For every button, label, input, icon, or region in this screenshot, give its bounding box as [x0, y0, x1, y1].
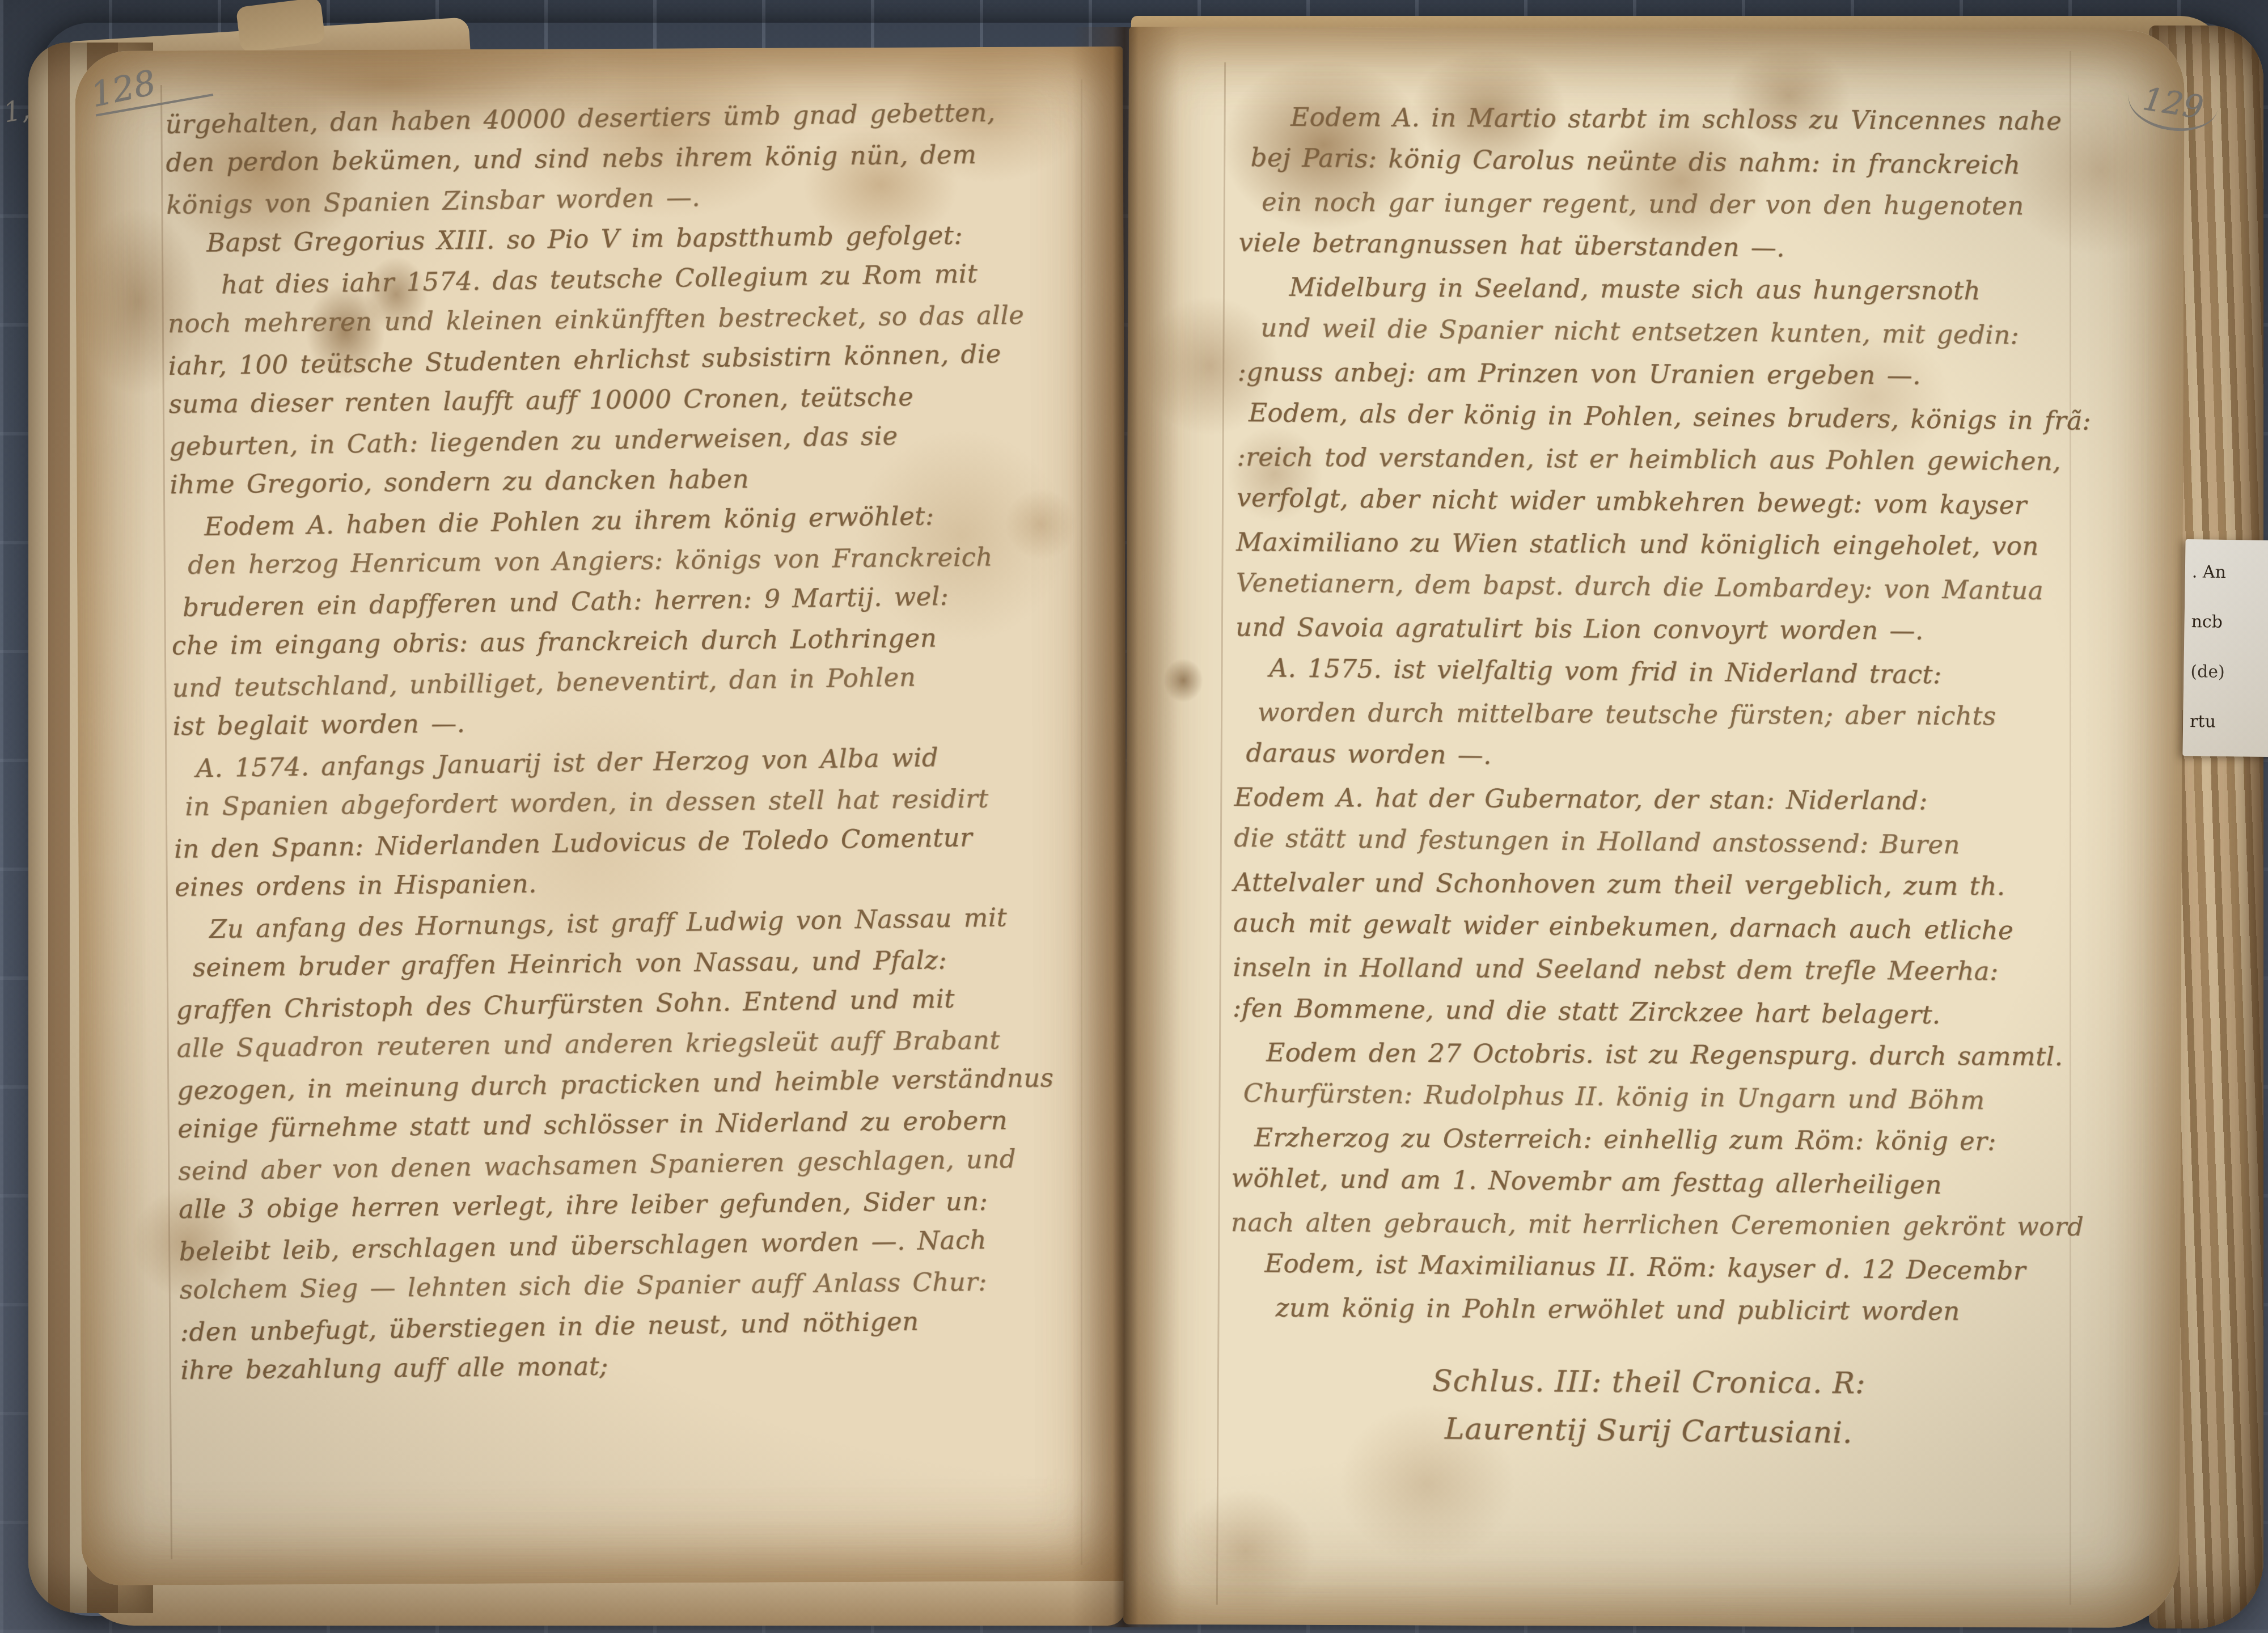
- manuscript-line: und weil die Spanier nicht entsetzen kun…: [1238, 306, 2066, 357]
- manuscript-line: ncb: [2191, 597, 2268, 648]
- colophon: Schlus. III: theil Cronica. R:Laurentij …: [1234, 1355, 2063, 1458]
- manuscript-line: Schlus. III: theil Cronica. R:: [1235, 1356, 2063, 1409]
- manuscript-line: Maximiliano zu Wien statlich und königli…: [1236, 521, 2064, 568]
- manuscript-line: verfolgt, aber nicht wider umbkehren bew…: [1237, 476, 2065, 527]
- manuscript-line: Eodem den 27 Octobris. ist zu Regenspurg…: [1232, 1031, 2060, 1078]
- manuscript-line: rtu: [2189, 697, 2268, 748]
- fore-edge-slip: . Anncb(de)rtu: [2182, 539, 2268, 757]
- manuscript-line: (de): [2190, 647, 2268, 698]
- manuscript-line: auch mit gewalt wider einbekumen, darnac…: [1233, 902, 2062, 953]
- manuscript-line: Churfürsten: Rudolphus II. könig in Unga…: [1232, 1072, 2060, 1123]
- manuscript-photo: ürgehalten, dan haben 40000 desertiers ü…: [0, 0, 2268, 1633]
- manuscript-line: Erzherzog zu Osterreich: einhellig zum R…: [1232, 1116, 2059, 1163]
- manuscript-line: worden durch mittelbare teutsche fürsten…: [1235, 691, 2063, 738]
- manuscript-line: die stätt und festungen in Holland ansto…: [1234, 816, 2062, 868]
- edge-pencil-mark: 1,: [1, 93, 32, 129]
- manuscript-line: Midelburg in Seeland, muste sich aus hun…: [1238, 265, 2066, 312]
- manuscript-line: Venetianern, dem bapst. durch die Lombar…: [1235, 561, 2064, 612]
- manuscript-line: Eodem A. in Martio starbt im schloss zu …: [1239, 95, 2067, 142]
- right-page-text: Eodem A. in Martio starbt im schloss zu …: [1230, 94, 2067, 1334]
- manuscript-line: . An: [2191, 547, 2268, 598]
- manuscript-line: :reich tod verstanden, ist er heimblich …: [1237, 435, 2064, 483]
- manuscript-line: Eodem A. hat der Gubernator, der stan: N…: [1234, 776, 2062, 823]
- left-page-text: ürgehalten, dan haben 40000 desertiers ü…: [165, 92, 1099, 1391]
- margin-rule-right-page-outer: [2070, 51, 2071, 1605]
- manuscript-line: und Savoia agratulirt bis Lion convoyrt …: [1235, 606, 2063, 653]
- manuscript-line: inseln in Holland und Seeland nebst dem …: [1233, 946, 2060, 993]
- manuscript-line: wöhlet, und am 1. Novembr am festtag all…: [1231, 1157, 2059, 1208]
- manuscript-line: :fen Bommene, und die statt Zirckzee har…: [1233, 987, 2061, 1038]
- manuscript-line: A. 1575. ist vielfaltig vom frid in Nide…: [1235, 646, 2063, 697]
- manuscript-line: Attelvaler und Schonhoven zum theil verg…: [1233, 861, 2061, 908]
- manuscript-line: ein noch gar iunger regent, und der von …: [1239, 180, 2067, 227]
- manuscript-line: Eodem, ist Maximilianus II. Röm: kayser …: [1230, 1242, 2059, 1293]
- manuscript-line: viele betrangnussen hat überstanden —.: [1238, 221, 2067, 272]
- manuscript-line: nach alten gebrauch, mit herrlichen Cere…: [1231, 1201, 2059, 1248]
- manuscript-line: :gnuss anbej: am Prinzen von Uranien erg…: [1238, 350, 2066, 397]
- manuscript-line: zum könig in Pohln erwöhlet und publicir…: [1230, 1286, 2058, 1333]
- manuscript-line: Eodem, als der könig in Pohlen, seines b…: [1237, 391, 2066, 442]
- manuscript-line: daraus worden —.: [1234, 731, 2063, 782]
- manuscript-line: bej Paris: könig Carolus neünte dis nahm…: [1239, 136, 2067, 187]
- manuscript-line: Laurentij Surij Cartusiani.: [1234, 1403, 2063, 1460]
